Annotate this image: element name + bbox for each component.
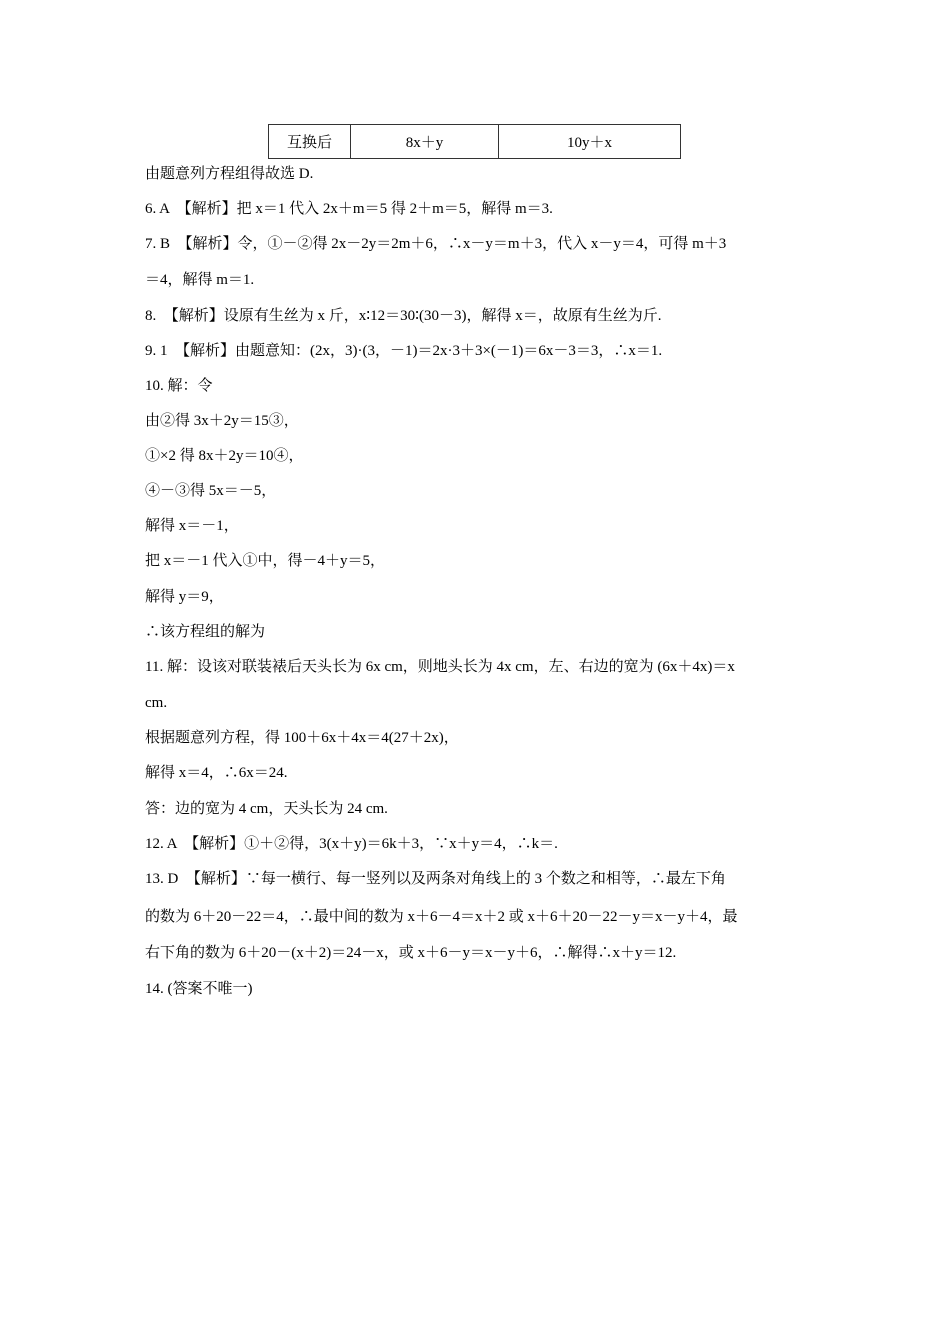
table-cell-units: 10y＋x [499, 125, 681, 159]
text-line: 由②得 3x＋2y＝15③， [145, 411, 299, 431]
text-line: 把 x＝－1 代入①中，得－4＋y＝5， [145, 551, 385, 571]
text-line: 解得 x＝4，∴6x＝24. [145, 763, 288, 783]
table-row: 互换后 8x＋y 10y＋x [269, 125, 681, 159]
text-line: 14. (答案不唯一) [145, 979, 253, 999]
table-cell-label: 互换后 [269, 125, 351, 159]
text-line: 8. 【解析】设原有生丝为 x 斤，x∶12＝30∶(30－3)，解得 x＝，故… [145, 306, 662, 326]
text-line: 解得 y＝9， [145, 587, 224, 607]
text-line: 解得 x＝－1， [145, 516, 239, 536]
text-line: 7. B 【解析】令，①－②得 2x－2y＝2m＋6，∴x－y＝m＋3，代入 x… [145, 234, 726, 254]
text-line: 由题意列方程组得故选 D. [145, 164, 313, 184]
text-line: 11. 解：设该对联装裱后天头长为 6x cm，则地头长为 4x cm，左、右边… [145, 657, 735, 677]
text-line: ④－③得 5x＝－5， [145, 481, 276, 501]
text-line: 根据题意列方程，得 100＋6x＋4x＝4(27＋2x)， [145, 728, 459, 748]
table-cell-tens: 8x＋y [351, 125, 499, 159]
text-line: ①×2 得 8x＋2y＝10④， [145, 446, 303, 466]
text-line: 13. D 【解析】∵每一横行、每一竖列以及两条对角线上的 3 个数之和相等，∴… [145, 869, 726, 889]
text-line: 12. A 【解析】①＋②得，3(x＋y)＝6k＋3，∵x＋y＝4，∴k＝. [145, 834, 558, 854]
text-line: 的数为 6＋20－22＝4，∴最中间的数为 x＋6－4＝x＋2 或 x＋6＋20… [145, 907, 738, 927]
swap-table: 互换后 8x＋y 10y＋x [268, 124, 681, 159]
text-line: cm. [145, 693, 167, 713]
text-line: 10. 解：令 [145, 376, 213, 396]
text-line: ∴该方程组的解为 [145, 622, 265, 642]
text-line: 右下角的数为 6＋20－(x＋2)＝24－x，或 x＋6－y＝x－y＋6，∴解得… [145, 943, 676, 963]
text-line: 9. 1 【解析】由题意知：(2x，3)·(3，－1)＝2x·3＋3×(－1)＝… [145, 341, 662, 361]
text-line: 答：边的宽为 4 cm，天头长为 24 cm. [145, 799, 388, 819]
text-line: ＝4，解得 m＝1. [145, 270, 254, 290]
text-line: 6. A 【解析】把 x＝1 代入 2x＋m＝5 得 2＋m＝5，解得 m＝3. [145, 199, 553, 219]
